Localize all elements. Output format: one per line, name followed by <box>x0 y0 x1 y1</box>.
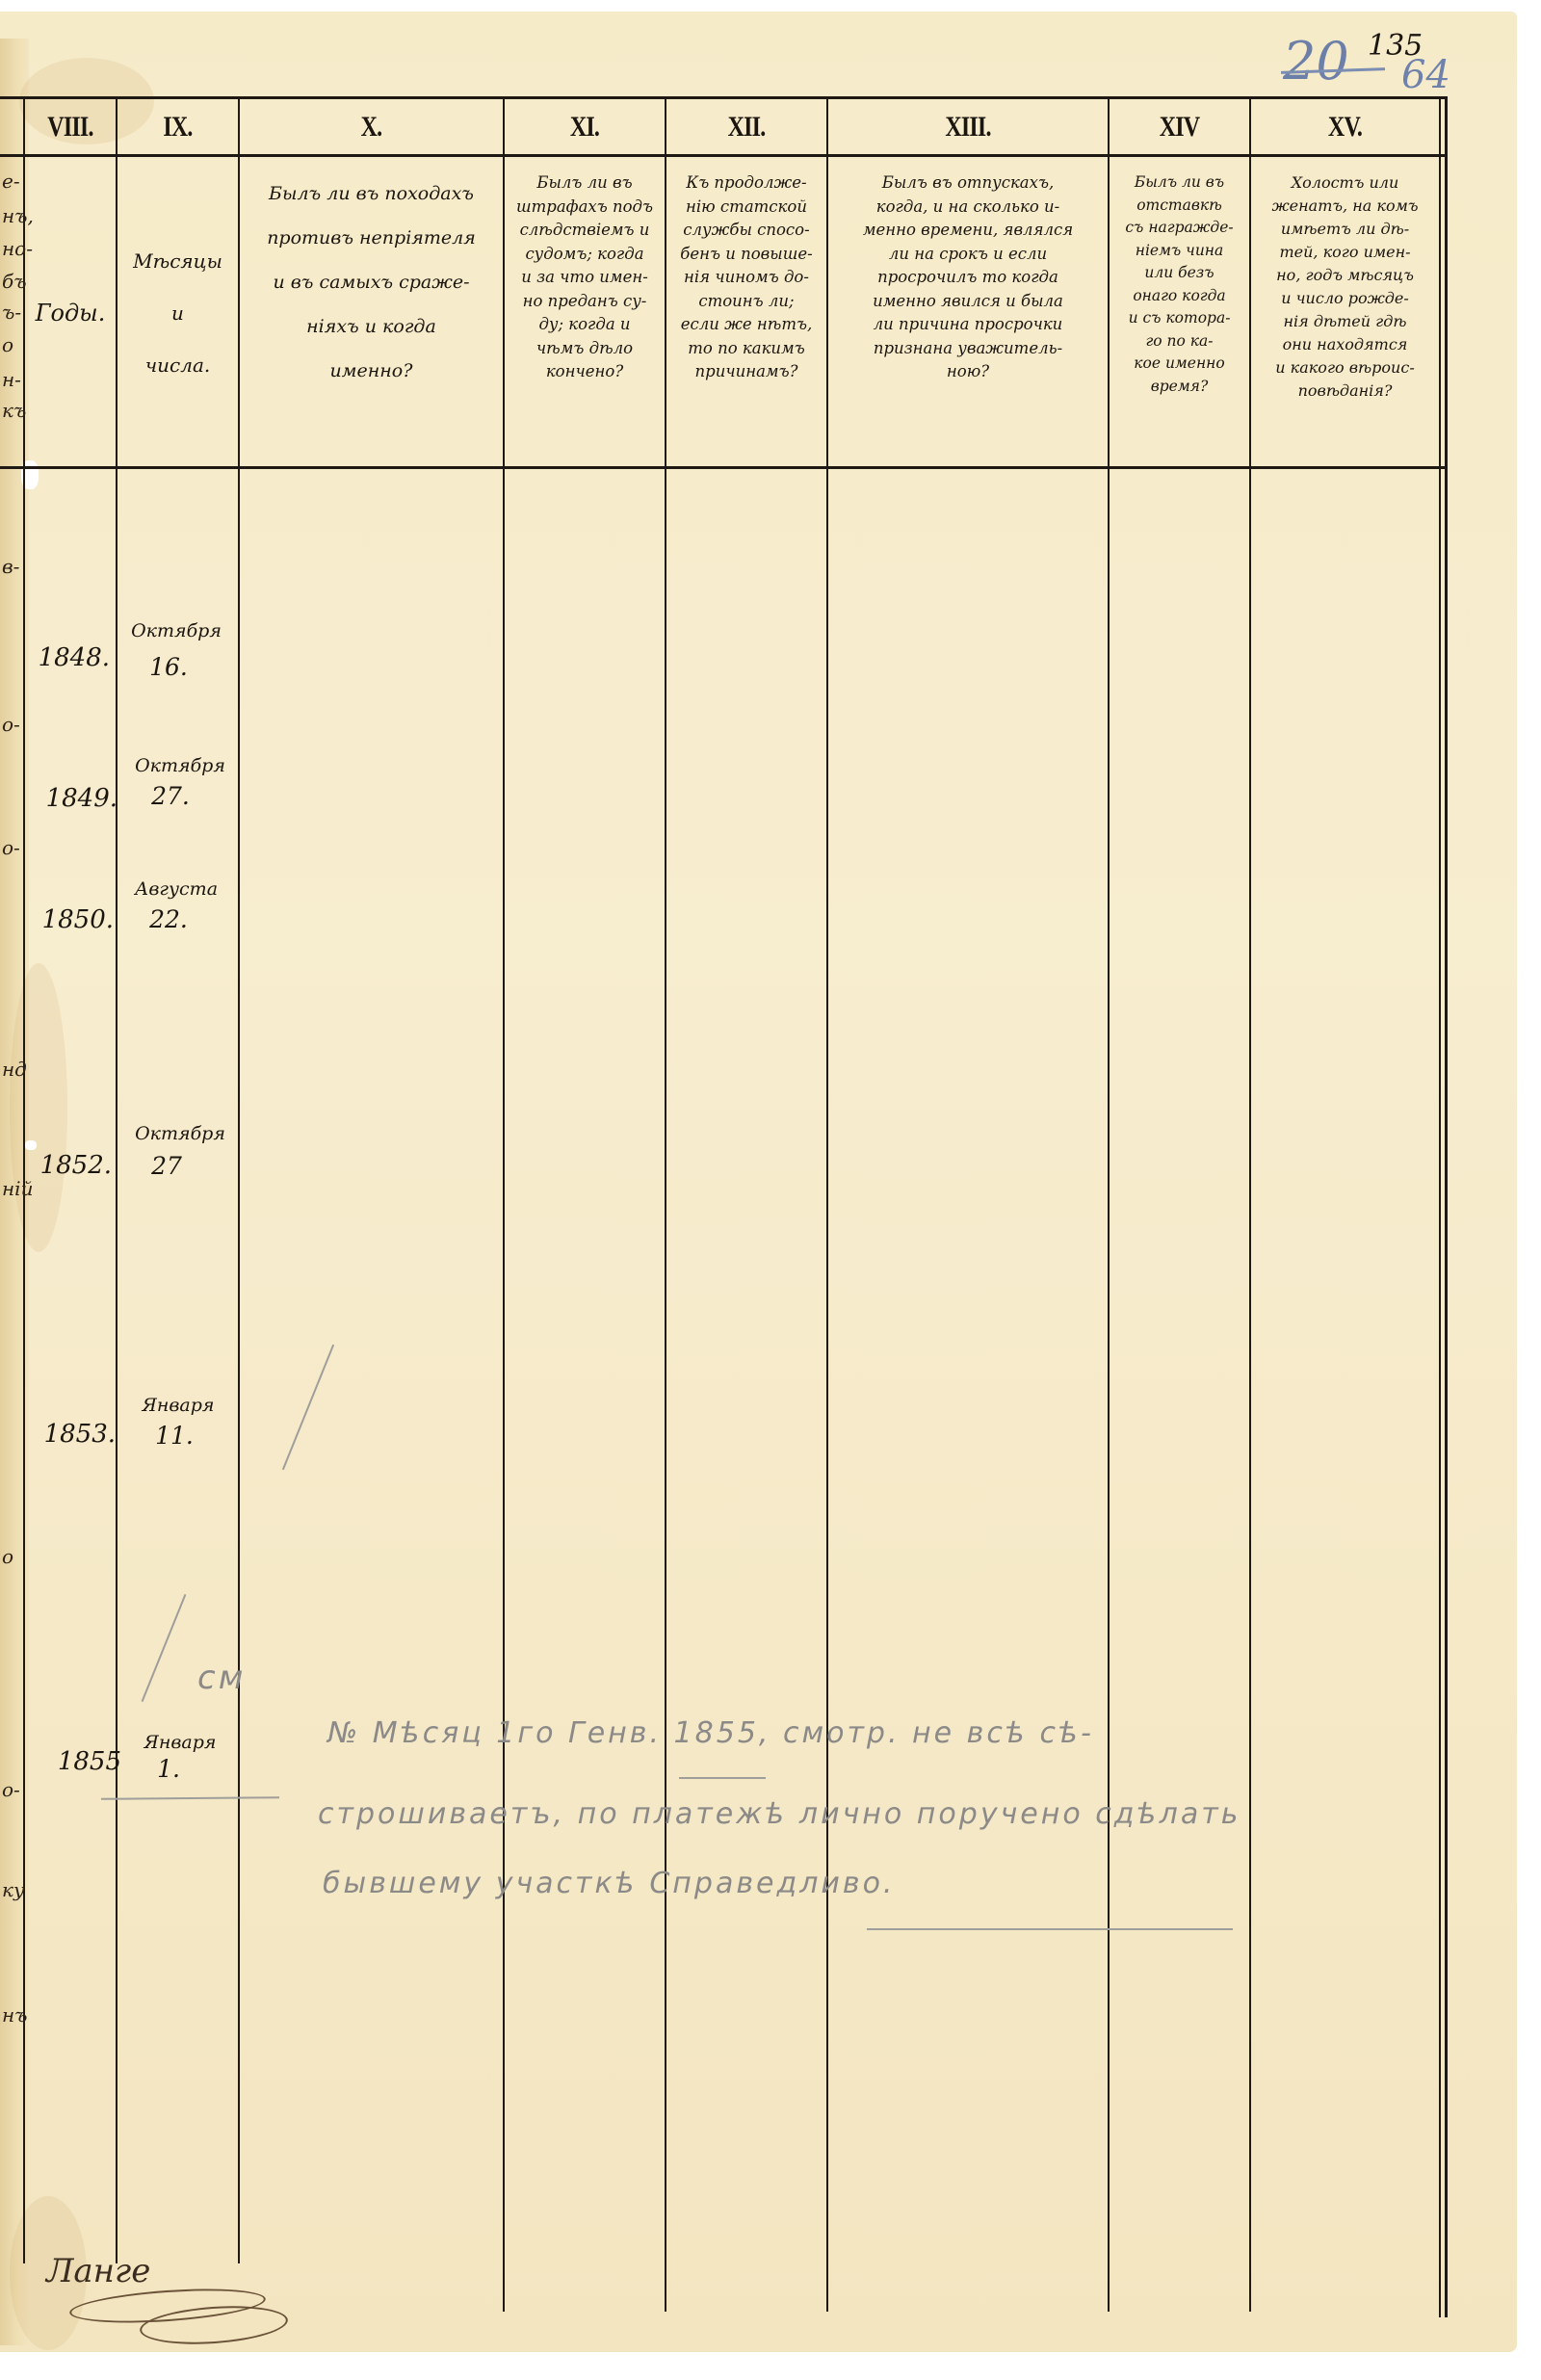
column-number-xiv: XIV <box>1124 104 1236 150</box>
entry-day: 27 <box>104 1152 229 1180</box>
column-number-xi: XI. <box>521 104 649 150</box>
margin-fragment: о- <box>2 836 20 859</box>
entry-day: 11. <box>112 1422 237 1450</box>
margin-fragment: ъ- <box>2 301 21 324</box>
margin-fragment: н- <box>2 368 21 391</box>
column-number-xiii: XIII. <box>856 104 1080 150</box>
column-heading-years: Годы. <box>25 164 116 462</box>
column-heading-penalties: Былъ ли въ штрафахъ подъ слѣдствіемъ и с… <box>505 164 665 462</box>
signature: Ланге <box>46 2252 150 2290</box>
margin-fragment: ній <box>2 1177 33 1200</box>
column-number-x: X. <box>266 104 476 150</box>
folio-number-struck: 20 <box>1283 31 1349 92</box>
margin-fragment: о <box>2 1545 13 1568</box>
pencil-underline <box>867 1928 1233 1930</box>
margin-fragment: о- <box>2 713 20 736</box>
margin-fragment: къ <box>2 399 26 422</box>
paper-hole <box>25 1140 37 1150</box>
pencil-underline <box>679 1777 766 1779</box>
entry-day: 16. <box>106 653 231 681</box>
margin-fragment: но- <box>2 237 33 260</box>
margin-fragment: нъ <box>2 2003 28 2027</box>
column-number-viii: VIII. <box>34 104 106 150</box>
column-heading-months: Мѣсяцы и числа. <box>118 164 238 462</box>
water-stain <box>10 963 67 1252</box>
margin-fragment: е- <box>2 170 20 193</box>
margin-fragment: в- <box>2 555 19 578</box>
entry-day: 27. <box>108 782 233 810</box>
subheader-divider <box>0 466 1447 469</box>
column-number-xv: XV. <box>1270 104 1421 150</box>
table-right-border <box>1445 96 1448 2317</box>
margin-fragment: о <box>2 333 13 356</box>
entry-month: Января <box>116 1395 241 1416</box>
margin-fragment: ку <box>2 1878 25 1901</box>
entry-year: 1849. <box>40 784 118 813</box>
entry-day: 1. <box>106 1755 231 1783</box>
entry-year: 1848. <box>33 643 110 672</box>
entry-month: Января <box>118 1732 243 1753</box>
table-top-border <box>0 96 1447 99</box>
pencil-note-line2: строшиваетъ, по платежѣ лично поручено с… <box>318 1797 1241 1831</box>
column-number-ix: IX. <box>130 104 226 150</box>
pencil-note-line1: № Мѣсяц 1го Генв. 1855, смотр. не всѣ сѣ… <box>327 1716 1094 1750</box>
margin-fragment: нъ, <box>2 204 34 227</box>
entry-year: 1850. <box>37 905 114 934</box>
entry-month: Октября <box>118 755 243 776</box>
column-number-xii: XII. <box>683 104 811 150</box>
pencil-margin-mark: см <box>197 1659 246 1697</box>
margin-fragment: нд <box>2 1058 27 1081</box>
entry-month: Августа <box>114 878 239 900</box>
margin-fragment: о- <box>2 1778 20 1801</box>
folio-number-pencil: 64 <box>1401 53 1450 97</box>
entry-year: 1853. <box>39 1420 116 1449</box>
entry-day: 22. <box>106 905 231 933</box>
header-divider <box>0 154 1447 157</box>
entry-year: 1852. <box>35 1151 112 1180</box>
entry-month: Октября <box>114 620 239 641</box>
entry-month: Октября <box>118 1123 243 1144</box>
column-heading-retirement: Былъ ли въ отставкѣ съ награжде- ніемъ ч… <box>1110 164 1249 462</box>
margin-fragment: бъ <box>2 270 27 293</box>
column-heading-campaigns: Былъ ли въ походахъ противъ непріятеля и… <box>240 164 503 462</box>
column-heading-family: Холостъ или женатъ, на комъ имѣетъ ли дѣ… <box>1251 164 1439 462</box>
pencil-note-line3: бывшему участкѣ Справедливо. <box>323 1867 895 1900</box>
table-right-border <box>1439 96 1441 2317</box>
column-heading-leave: Былъ въ отпускахъ, когда, и на сколько и… <box>828 164 1108 462</box>
column-heading-fitness: Къ продолже- нію статской службы спосо- … <box>666 164 826 462</box>
